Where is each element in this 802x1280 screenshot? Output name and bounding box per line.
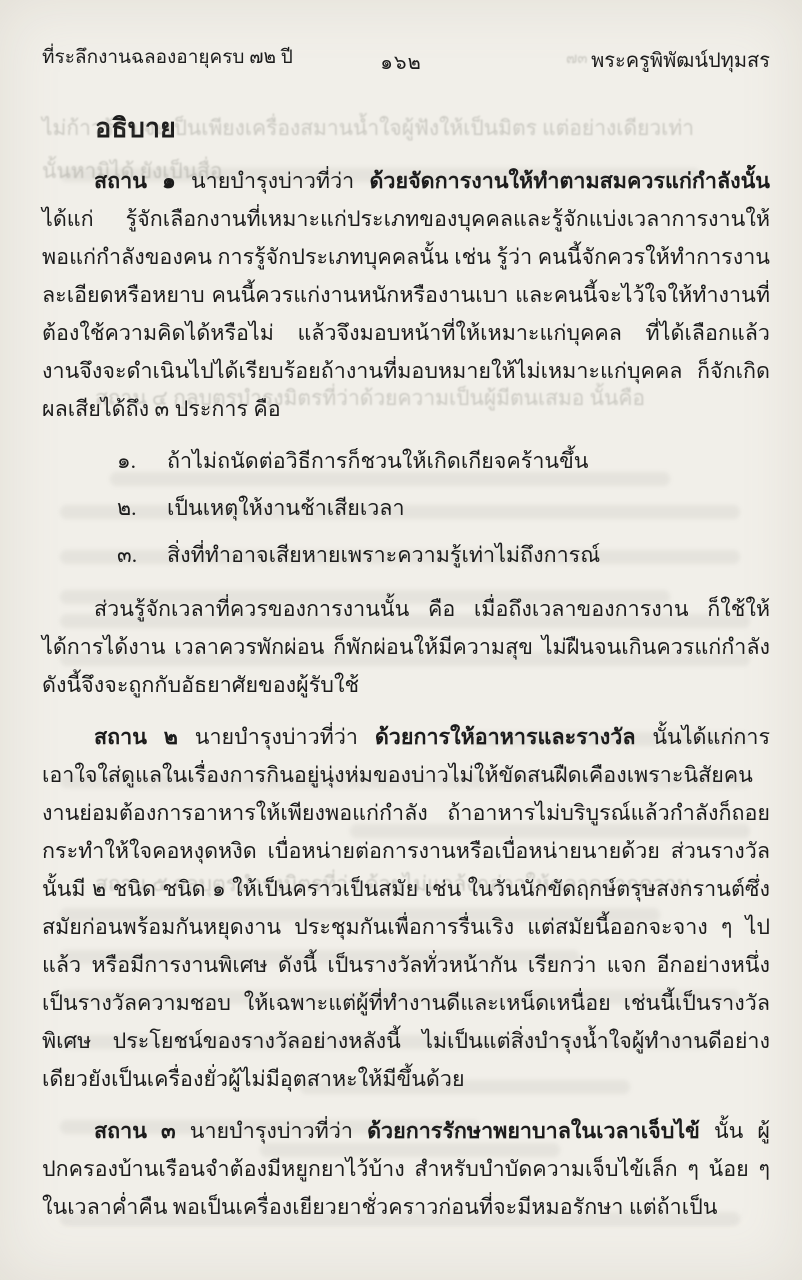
bold-lead-in: ด้วยการรักษาพยาบาลในเวลาเจ็บไข้ bbox=[367, 1119, 700, 1143]
bold-lead-in: สถาน ๒ bbox=[94, 725, 178, 749]
list-item-number: ๓. bbox=[117, 536, 167, 574]
body-text: นั้นได้แก่การเอาใจใส่ดูแลในเรื่องการกินอ… bbox=[42, 725, 770, 1091]
list-item-text: เป็นเหตุให้งานช้าเสียเวลา bbox=[167, 489, 770, 527]
list-item: ๑.ถ้าไม่ถนัดต่อวิธีการก็ชวนให้เกิดเกียจค… bbox=[117, 442, 770, 480]
content-blocks: สถาน ๑ นายบำรุงบ่าวที่ว่า ด้วยจัดการงานใ… bbox=[42, 162, 770, 1226]
bold-lead-in: สถาน ๑ bbox=[94, 169, 176, 193]
list-item-number: ๑. bbox=[117, 442, 167, 480]
body-text: นายบำรุงบ่าวที่ว่า bbox=[178, 725, 375, 749]
scanned-book-page: { "colors": { "paper": "#f1efe9", "ink":… bbox=[0, 0, 802, 1280]
body-text: ส่วนรู้จักเวลาที่ควรของการงานนั้น คือ เม… bbox=[42, 597, 770, 697]
paragraph-1: สถาน ๑ นายบำรุงบ่าวที่ว่า ด้วยจัดการงานใ… bbox=[42, 162, 770, 428]
list-item-number: ๒. bbox=[117, 489, 167, 527]
paragraph-4: สถาน ๒ นายบำรุงบ่าวที่ว่า ด้วยการให้อาหา… bbox=[42, 718, 770, 1098]
numbered-list: ๑.ถ้าไม่ถนัดต่อวิธีการก็ชวนให้เกิดเกียจค… bbox=[117, 442, 770, 574]
body-text: ได้แก่ รู้จักเลือกงานที่เหมาะแก่ประเภทขอ… bbox=[42, 207, 770, 421]
paragraph-5: สถาน ๓ นายบำรุงบ่าวที่ว่า ด้วยการรักษาพย… bbox=[42, 1112, 770, 1226]
bold-lead-in: ด้วยการให้อาหารและรางวัล bbox=[375, 725, 636, 749]
list-item: ๓.สิ่งที่ทำอาจเสียหายเพราะความรู้เท่าไม่… bbox=[117, 536, 770, 574]
paragraph-3: ส่วนรู้จักเวลาที่ควรของการงานนั้น คือ เม… bbox=[42, 590, 770, 704]
body-text: นายบำรุงบ่าวที่ว่า bbox=[176, 169, 370, 193]
body-text: นายบำรุงบ่าวที่ว่า bbox=[176, 1119, 367, 1143]
list-item-text: สิ่งที่ทำอาจเสียหายเพราะความรู้เท่าไม่ถึ… bbox=[167, 536, 770, 574]
list-item-text: ถ้าไม่ถนัดต่อวิธีการก็ชวนให้เกิดเกียจคร้… bbox=[167, 442, 770, 480]
section-title: อธิบาย bbox=[95, 106, 176, 149]
bold-lead-in: สถาน ๓ bbox=[94, 1119, 176, 1143]
header-right-title: พระครูพิพัฒน์ปทุมสร bbox=[591, 44, 770, 76]
list-item: ๒.เป็นเหตุให้งานช้าเสียเวลา bbox=[117, 489, 770, 527]
bold-lead-in: ด้วยจัดการงานให้ทำตามสมควรแก่กำลังนั้น bbox=[369, 169, 770, 193]
page-body: สถาน ๑ นายบำรุงบ่าวที่ว่า ด้วยจัดการงานใ… bbox=[42, 162, 770, 1250]
